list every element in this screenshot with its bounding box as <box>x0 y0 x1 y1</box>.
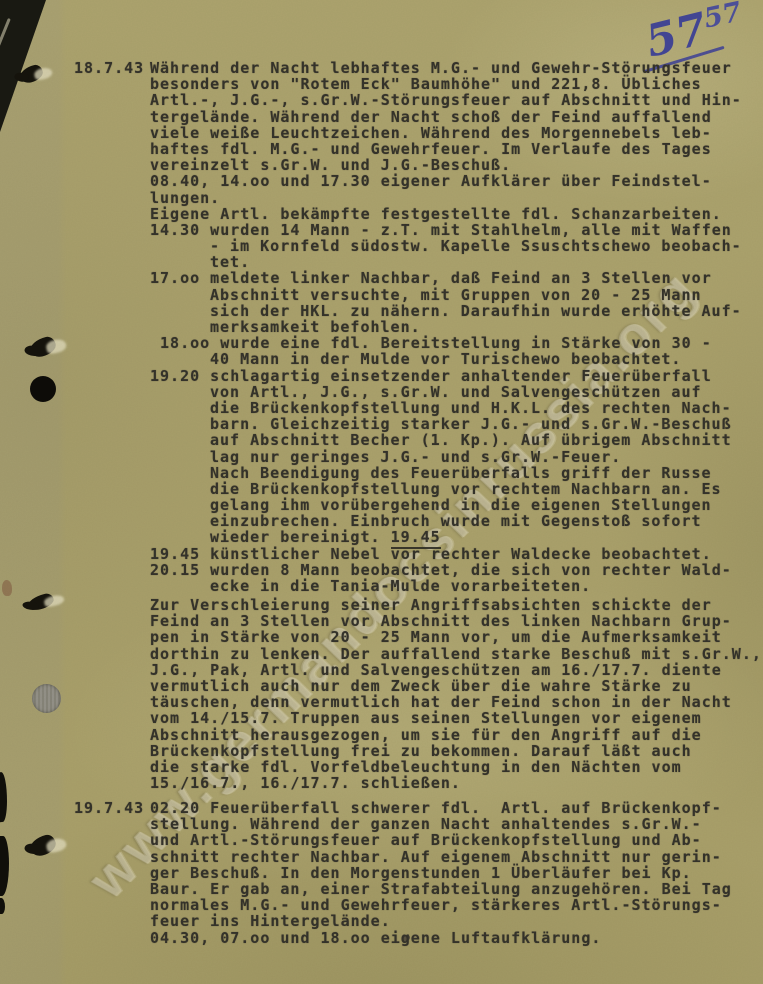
log-line: ecke in die Tania-Mulde vorarbeiteten. <box>150 578 763 594</box>
log-line: Baur. Er gab an, einer Strafabteilung an… <box>150 881 763 897</box>
log-line: vom 14./15.7. Truppen aus seinen Stellun… <box>150 710 763 726</box>
log-line: Brückenkopfstellung frei zu bekommen. Da… <box>150 743 763 759</box>
log-line: 08.40, 14.oo und 17.30 eigener Aufklärer… <box>150 173 763 189</box>
log-line: Abschnitt herausgezogen, um sie für den … <box>150 727 763 743</box>
log-line: die Brückenkopfstellung vor rechtem Nach… <box>150 481 763 497</box>
log-line: Feind an 3 Stellen vor Abschnitt des lin… <box>150 613 763 629</box>
log-line: von Artl., J.G., s.Gr.W. und Salvengesch… <box>150 384 763 400</box>
log-line: Nach Beendigung des Feuerüberfalls griff… <box>150 465 763 481</box>
log-entry-19-7-43: 19.7.43 02.20 Feuerüberfall schwerer fdl… <box>0 800 763 946</box>
log-line: lungen. <box>150 190 763 206</box>
log-line: J.G., Pak, Artl. und Salvengeschützen am… <box>150 662 763 678</box>
log-line: die starke fdl. Vorfeldbeleuchtung in de… <box>150 759 763 775</box>
entry-date: 18.7.43 <box>74 60 144 76</box>
log-line: sich der HKL. zu nähern. Daraufhin wurde… <box>150 303 763 319</box>
log-line: haftes fdl. M.G.- und Gewehrfeuer. Im Ve… <box>150 141 763 157</box>
log-line: 19.45 künstlicher Nebel vor rechter Wald… <box>150 546 763 562</box>
log-line: 17.oo meldete linker Nachbar, daß Feind … <box>150 270 763 286</box>
handwritten-page-number-large: 57 <box>641 3 713 67</box>
log-line: 20.15 wurden 8 Mann beobachtet, die sich… <box>150 562 763 578</box>
log-line: dorthin zu lenken. Der auffallend starke… <box>150 646 763 662</box>
log-line: 19.20 schlagartig einsetzender anhaltend… <box>150 368 763 384</box>
log-line: und Artl.-Störungsfeuer auf Brückenkopfs… <box>150 832 763 848</box>
log-line: Artl.-, J.G.-, s.Gr.W.-Störungsfeuer auf… <box>150 92 763 108</box>
log-line: Zur Verschleierung seiner Angriffsabsich… <box>150 597 763 613</box>
log-line: einzubrechen. Einbruch wurde mit Gegenst… <box>150 513 763 529</box>
log-line: stellung. Während der ganzen Nacht anhal… <box>150 816 763 832</box>
log-line: wieder bereinigt. 19.45 <box>150 529 763 545</box>
log-line-text: wieder bereinigt. <box>210 528 391 546</box>
log-line: Eigene Artl. bekämpfte festgestellte fdl… <box>150 206 763 222</box>
entry-date: 19.7.43 <box>74 800 144 816</box>
log-line: 18.oo wurde eine fdl. Bereitstellung in … <box>150 335 763 351</box>
log-line: merksamkeit befohlen. <box>150 319 763 335</box>
log-line: die Brückenkopfstellung und H.K.L. des r… <box>150 400 763 416</box>
log-line: - im Kornfeld südostw. Kapelle Ssuschtsc… <box>150 238 763 254</box>
log-line: 04.30, 07.oo und 18.oo eigene Luftaufklä… <box>150 930 763 946</box>
log-line: lag nur geringes J.G.- und s.Gr.W.-Feuer… <box>150 449 763 465</box>
log-line: ger Beschuß. In den Morgenstunden 1 Über… <box>150 865 763 881</box>
log-line: schnitt rechter Nachbar. Auf eigenem Abs… <box>150 849 763 865</box>
log-line: gelang ihm vorübergehend in die eigenen … <box>150 497 763 513</box>
log-line: viele weiße Leuchtzeichen. Während des M… <box>150 125 763 141</box>
log-line: 15./16.7., 16./17.7. schließen. <box>150 775 763 791</box>
log-line: 14.30 wurden 14 Mann - z.T. mit Stahlhel… <box>150 222 763 238</box>
log-line: Während der Nacht lebhaftes M.G.- und Ge… <box>150 60 763 76</box>
log-line: tet. <box>150 254 763 270</box>
log-line: Abschnitt versuchte, mit Gruppen von 20 … <box>150 287 763 303</box>
log-line: 02.20 Feuerüberfall schwerer fdl. Artl. … <box>150 800 763 816</box>
log-line: feuer ins Hintergelände. <box>150 913 763 929</box>
log-line: 40 Mann in der Mulde vor Turischewo beob… <box>150 351 763 367</box>
log-entry-18-7-43: 18.7.43 Während der Nacht lebhaftes M.G.… <box>0 60 763 594</box>
handwritten-page-number-small: 57 <box>701 0 744 35</box>
log-line: vereinzelt s.Gr.W. und J.G.-Beschuß. <box>150 157 763 173</box>
log-line: normales M.G.- und Gewehrfeuer, stärkere… <box>150 897 763 913</box>
log-line: auf Abschnitt Becher (1. Kp.). Auf übrig… <box>150 432 763 448</box>
log-entry-summary: Zur Verschleierung seiner Angriffsabsich… <box>0 597 763 791</box>
entry-body: 02.20 Feuerüberfall schwerer fdl. Artl. … <box>150 800 763 946</box>
log-line: tergelände. Während der Nacht schoß der … <box>150 109 763 125</box>
log-line: barn. Gleichzeitig starker J.G.- und s.G… <box>150 416 763 432</box>
entry-body: Zur Verschleierung seiner Angriffsabsich… <box>150 597 763 791</box>
scanned-document-page: www.germandocsinrussia.org 57 57 18.7.43… <box>0 0 763 984</box>
log-line: täuschen, denn vermutlich hat der Feind … <box>150 694 763 710</box>
entry-body: Während der Nacht lebhaftes M.G.- und Ge… <box>150 60 763 594</box>
log-line: pen in Stärke von 20 - 25 Mann vor, um d… <box>150 629 763 645</box>
log-line: vermutlich auch nur dem Zweck über die w… <box>150 678 763 694</box>
log-line: besonders von "Rotem Eck" Baumhöhe" und … <box>150 76 763 92</box>
